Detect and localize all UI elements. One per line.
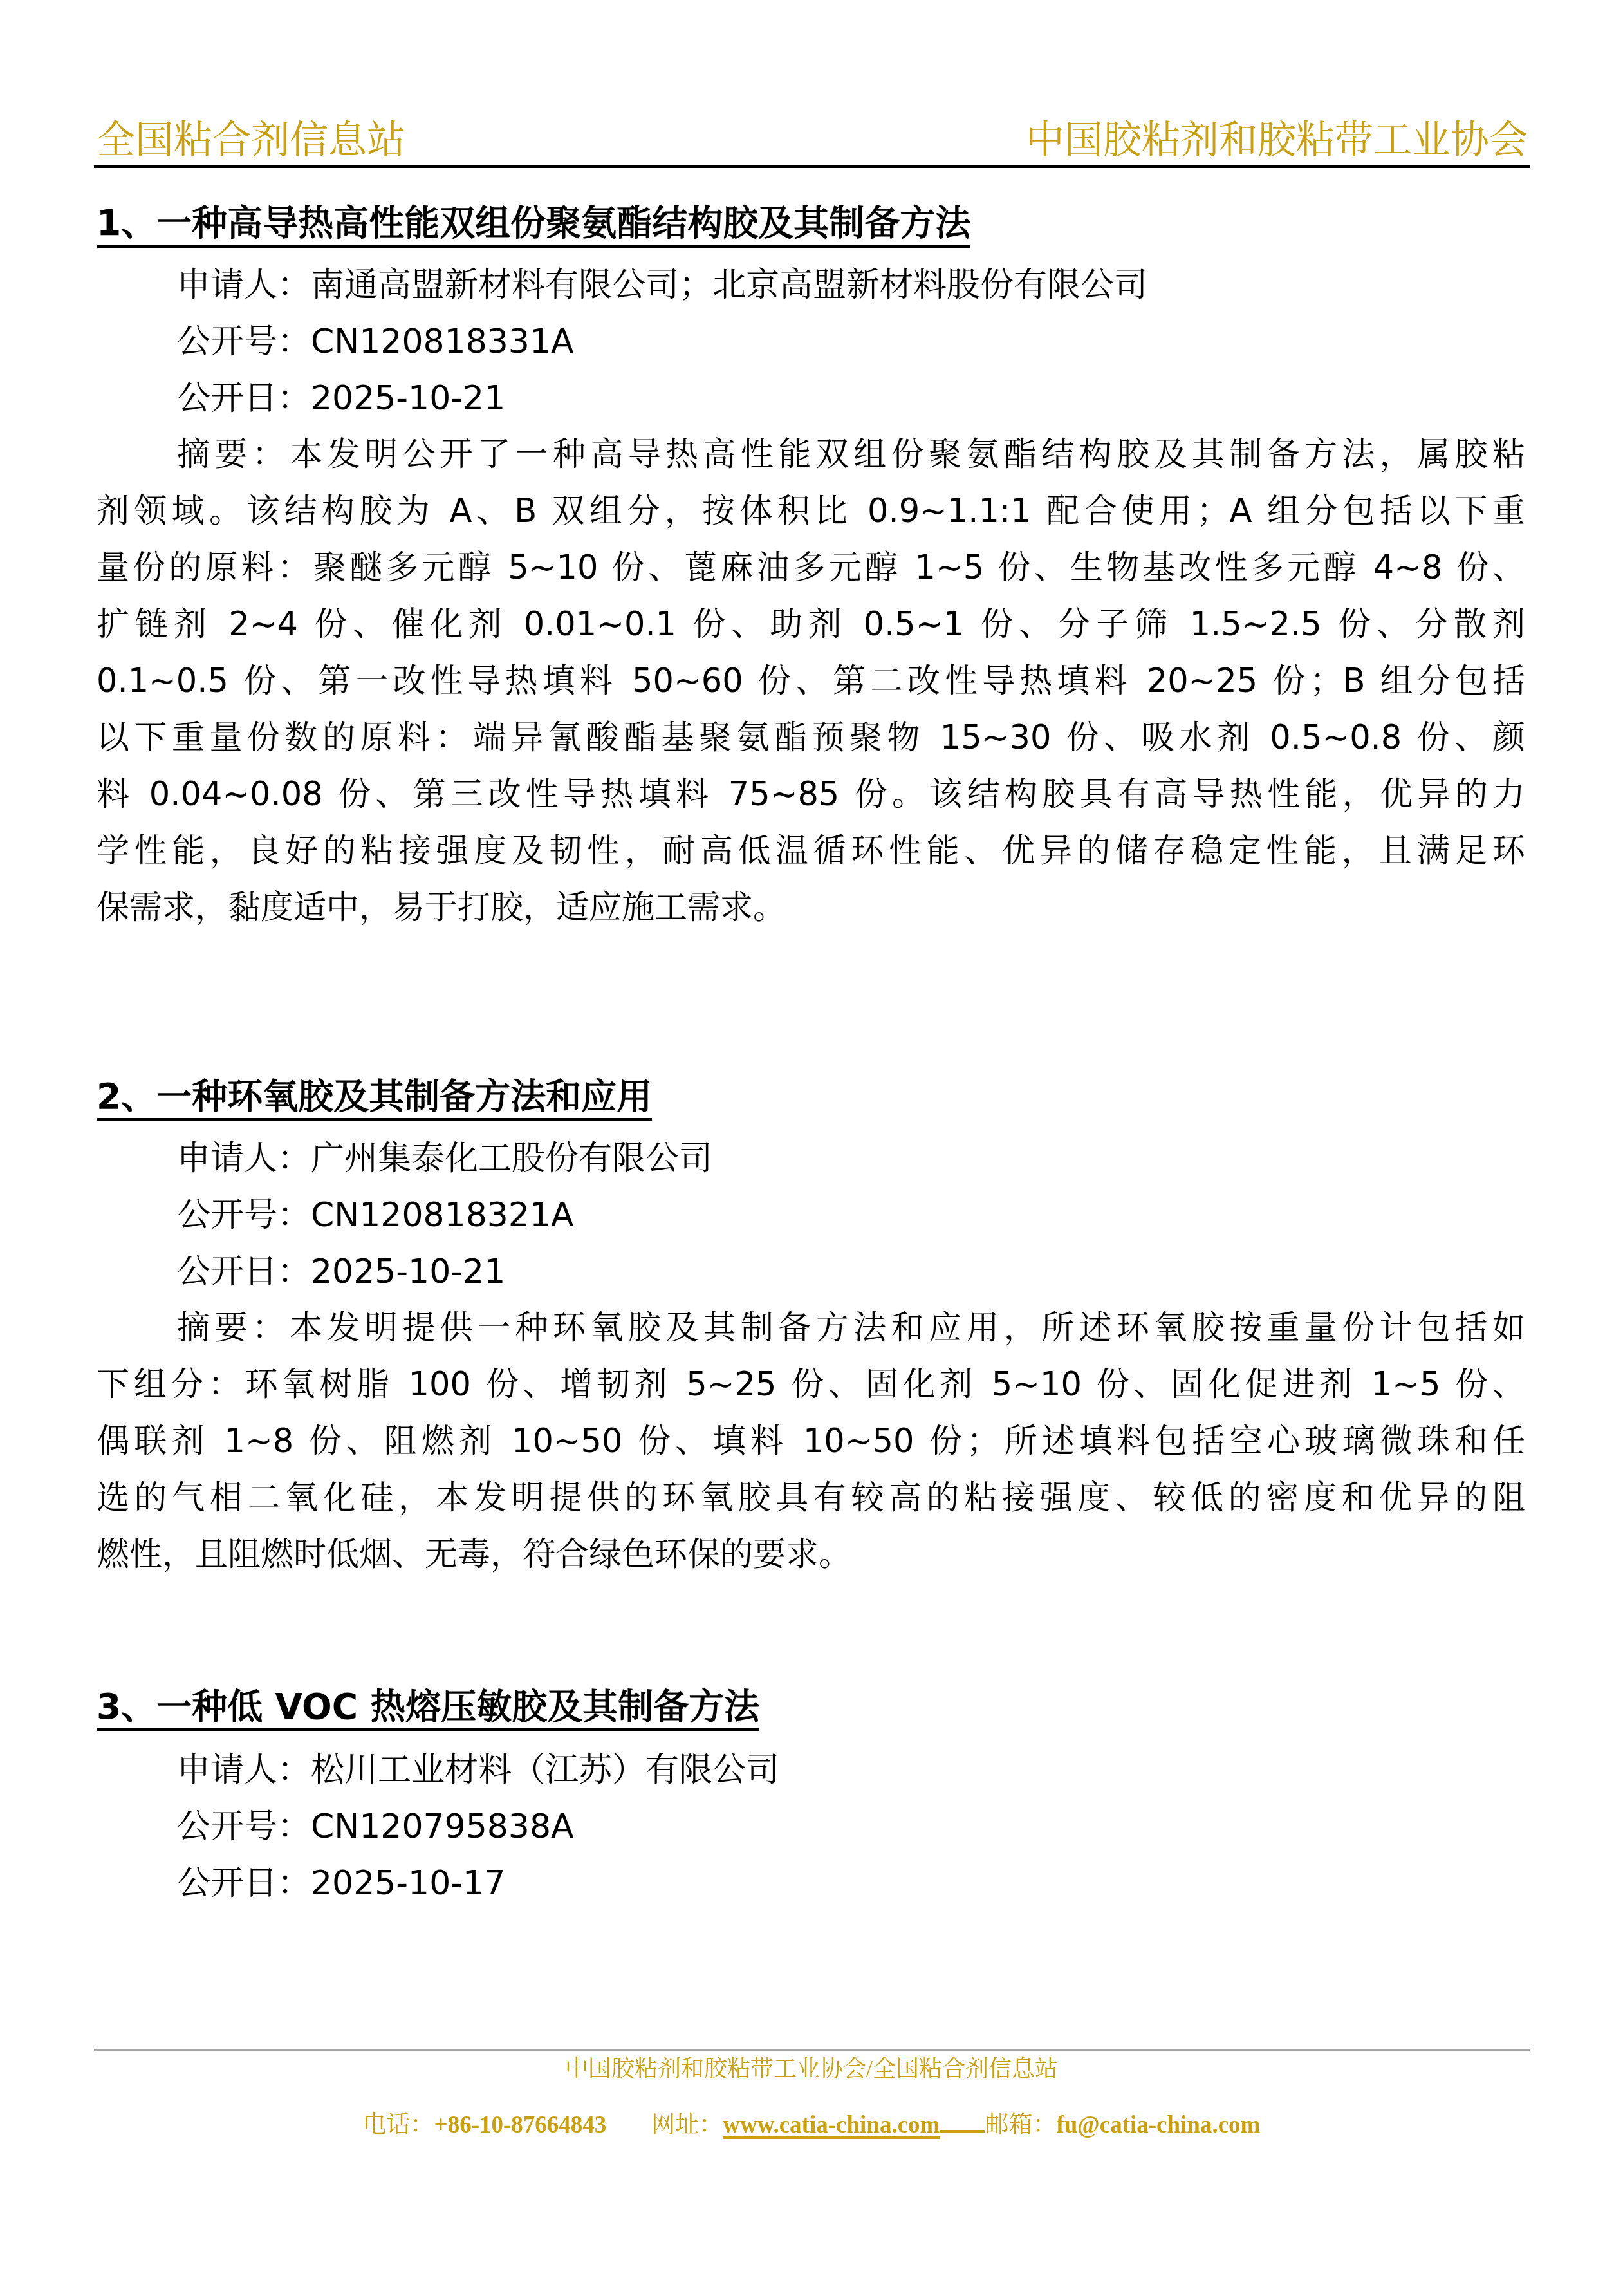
abstract-line: 保需求，黏度适中，易于打胶，适应施工需求。 (97, 880, 1525, 937)
abstract-line: 选的气相二氧化硅，本发明提供的环氧胶具有较高的粘接强度、较低的密度和优异的阻 (97, 1470, 1525, 1527)
patent-3-title: 3、一种低 VOC 热熔压敏胶及其制备方法 (97, 1685, 759, 1731)
patent-3-applicant: 申请人：松川工业材料（江苏）有限公司 (177, 1742, 779, 1798)
abstract-line: 摘要：本发明公开了一种高导热高性能双组份聚氨酯结构胶及其制备方法，属胶粘 (177, 427, 1525, 483)
applicant-label: 申请人： (177, 1139, 311, 1178)
patent-2-applicant: 申请人：广州集泰化工股份有限公司 (177, 1130, 712, 1187)
patent-2-publication-no: 公开号：CN120818321A (177, 1187, 574, 1244)
publication-date-label: 公开日： (177, 1253, 311, 1291)
applicant-value: 广州集泰化工股份有限公司 (311, 1139, 712, 1178)
patent-2-title: 2、一种环氧胶及其制备方法和应用 (97, 1074, 652, 1121)
phone-label: 电话： (363, 2112, 434, 2138)
applicant-value: 南通高盟新材料有限公司；北京高盟新材料股份有限公司 (311, 266, 1147, 304)
email-label: 邮箱： (985, 2112, 1056, 2138)
header-association-name: 中国胶粘剂和胶粘带工业协会 (1026, 116, 1528, 165)
patent-2-publication-date: 公开日：2025-10-21 (177, 1244, 505, 1300)
patent-1-applicant: 申请人：南通高盟新材料有限公司；北京高盟新材料股份有限公司 (177, 257, 1147, 313)
abstract-line: 0.1~0.5 份、第一改性导热填料 50~60 份、第二改性导热填料 20~2… (97, 653, 1525, 710)
abstract-line: 燃性，且阻燃时低烟、无毒，符合绿色环保的要求。 (97, 1527, 1525, 1583)
abstract-line: 偶联剂 1~8 份、阻燃剂 10~50 份、填料 10~50 份；所述填料包括空… (97, 1414, 1525, 1470)
patent-3-publication-date: 公开日：2025-10-17 (177, 1855, 505, 1912)
publication-no-value: CN120818321A (311, 1196, 574, 1235)
header-divider (94, 165, 1530, 168)
abstract-line: 量份的原料：聚醚多元醇 5~10 份、蓖麻油多元醇 1~5 份、生物基改性多元醇… (97, 540, 1525, 597)
website-link[interactable]: www.catia-china.com (723, 2112, 940, 2138)
publication-no-value: CN120795838A (311, 1807, 574, 1846)
publication-date-label: 公开日： (177, 379, 311, 418)
applicant-label: 申请人： (177, 266, 311, 304)
publication-no-label: 公开号： (177, 322, 311, 361)
phone-value: +86-10-87664843 (434, 2112, 607, 2138)
publication-date-value: 2025-10-21 (311, 1253, 505, 1291)
abstract-line: 学性能，良好的粘接强度及韧性，耐高低温循环性能、优异的储存稳定性能，且满足环 (97, 823, 1525, 880)
patent-1-publication-no: 公开号：CN120818331A (177, 313, 574, 370)
website-underline-pad (940, 2108, 985, 2133)
header-site-name: 全国粘合剂信息站 (97, 116, 405, 165)
abstract-line: 扩链剂 2~4 份、催化剂 0.01~0.1 份、助剂 0.5~1 份、分子筛 … (97, 597, 1525, 653)
abstract-line: 摘要：本发明提供一种环氧胶及其制备方法和应用，所述环氧胶按重量份计包括如 (177, 1300, 1525, 1357)
publication-no-label: 公开号： (177, 1196, 311, 1235)
footer-divider (94, 2049, 1530, 2051)
applicant-value: 松川工业材料（江苏）有限公司 (311, 1751, 779, 1789)
publication-no-label: 公开号： (177, 1807, 311, 1846)
abstract-line: 剂领域。该结构胶为 A、B 双组分，按体积比 0.9~1.1:1 配合使用；A … (97, 483, 1525, 540)
website-label: 网址： (651, 2112, 723, 2138)
footer-org-line: 中国胶粘剂和胶粘带工业协会/全国粘合剂信息站 (0, 2053, 1623, 2084)
email-link[interactable]: fu@catia-china.com (1056, 2112, 1260, 2138)
patent-1-publication-date: 公开日：2025-10-21 (177, 370, 505, 427)
patent-3-publication-no: 公开号：CN120795838A (177, 1798, 574, 1855)
patent-1-title: 1、一种高导热高性能双组份聚氨酯结构胶及其制备方法 (97, 201, 970, 248)
abstract-line: 下组分：环氧树脂 100 份、增韧剂 5~25 份、固化剂 5~10 份、固化促… (97, 1357, 1525, 1414)
applicant-label: 申请人： (177, 1751, 311, 1789)
abstract-line: 以下重量份数的原料：端异氰酸酯基聚氨酯预聚物 15~30 份、吸水剂 0.5~0… (97, 710, 1525, 767)
publication-date-value: 2025-10-21 (311, 379, 505, 418)
publication-date-label: 公开日： (177, 1864, 311, 1903)
publication-no-value: CN120818331A (311, 322, 574, 361)
footer-contact-line: 电话：+86-10-87664843网址：www.catia-china.com… (0, 2108, 1623, 2142)
abstract-line: 料 0.04~0.08 份、第三改性导热填料 75~85 份。该结构胶具有高导热… (97, 767, 1525, 823)
publication-date-value: 2025-10-17 (311, 1864, 505, 1903)
